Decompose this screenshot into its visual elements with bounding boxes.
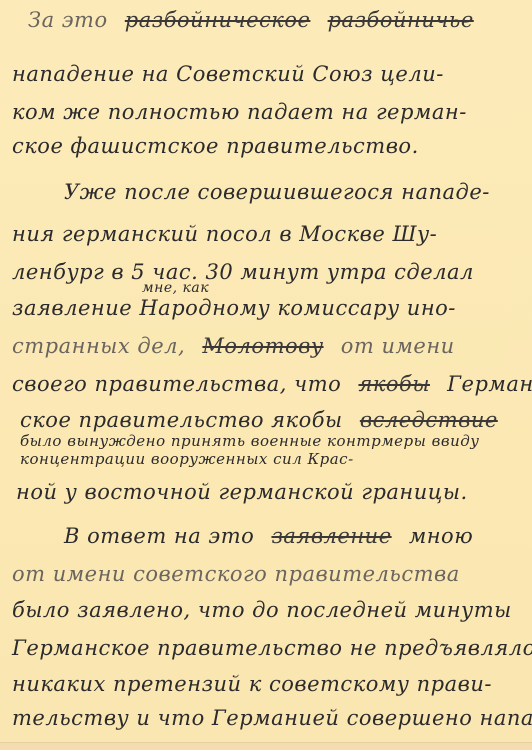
- page-bottom-edge: [0, 742, 532, 750]
- text-line: было заявлено, что до последней минуты: [12, 598, 532, 622]
- text-line: было вынуждено принять военные контрмеры…: [20, 432, 532, 450]
- text-fragment: тельству и что Германией совершено напа-: [12, 706, 532, 730]
- text-fragment: ной у восточной германской границы.: [16, 480, 468, 504]
- text-fragment: ское правительство якобы: [20, 408, 343, 432]
- text-line: В ответ на это заявление мною: [64, 524, 532, 548]
- text-fragment: от имени: [341, 334, 455, 358]
- text-line: от имени советского правительства: [12, 562, 532, 586]
- text-fragment: ское фашистское правительство.: [12, 134, 419, 158]
- text-line: ское фашистское правительство.: [12, 134, 532, 158]
- text-fragment: заявление Народному комиссару ино-: [12, 296, 456, 320]
- struck-word: заявление: [271, 524, 391, 548]
- text-line: Уже после совершившегося нападе-: [64, 180, 532, 204]
- struck-word: разбойническое: [125, 8, 311, 32]
- text-line: За это разбойническое разбойничье: [28, 8, 532, 32]
- text-line: Германское правительство не предъявляло: [12, 636, 532, 660]
- text-line: своего правительства, что якобы Герман-: [12, 372, 532, 396]
- manuscript-page: За это разбойническое разбойничье нападе…: [0, 0, 532, 742]
- text-line: заявление Народному комиссару ино-: [12, 296, 532, 320]
- struck-word: якобы: [358, 372, 430, 396]
- text-line: ной у восточной германской границы.: [16, 480, 532, 504]
- text-fragment: своего правительства, что: [12, 372, 341, 396]
- text-fragment: мне, как: [142, 280, 209, 296]
- text-fragment: В ответ на это: [64, 524, 254, 548]
- text-line: ское правительство якобы вследствие: [20, 408, 532, 432]
- text-fragment: мною: [409, 524, 473, 548]
- text-fragment: ния германский посол в Москве Шу-: [12, 222, 437, 246]
- text-line: никаких претензий к советскому прави-: [12, 672, 532, 696]
- text-fragment: Германское правительство не предъявляло: [12, 636, 532, 660]
- text-line: ком же полностью падает на герман-: [12, 100, 532, 124]
- text-line: нападение на Советский Союз цели-: [12, 62, 532, 86]
- text-fragment: Уже после совершившегося нападе-: [64, 180, 490, 204]
- text-line: тельству и что Германией совершено напа-: [12, 706, 532, 730]
- text-fragment: было заявлено, что до последней минуты: [12, 598, 512, 622]
- text-fragment: ком же полностью падает на герман-: [12, 100, 467, 124]
- struck-word: разбойничье: [328, 8, 474, 32]
- text-fragment: никаких претензий к советскому прави-: [12, 672, 492, 696]
- text-fragment: было вынуждено принять военные контрмеры…: [20, 432, 479, 450]
- text-fragment: от имени советского правительства: [12, 562, 460, 586]
- interlinear-insertion: мне, как: [142, 280, 532, 296]
- struck-word: вследствие: [360, 408, 498, 432]
- text-line: ния германский посол в Москве Шу-: [12, 222, 532, 246]
- text-fragment: Герман-: [447, 372, 532, 396]
- text-line: концентрации вооруженных сил Крас-: [20, 450, 532, 468]
- text-fragment: За это: [28, 8, 108, 32]
- text-fragment: странных дел,: [12, 334, 185, 358]
- text-fragment: концентрации вооруженных сил Крас-: [20, 450, 354, 468]
- struck-word: Молотову: [202, 334, 323, 358]
- text-line: странных дел, Молотову от имени: [12, 334, 532, 358]
- text-fragment: нападение на Советский Союз цели-: [12, 62, 444, 86]
